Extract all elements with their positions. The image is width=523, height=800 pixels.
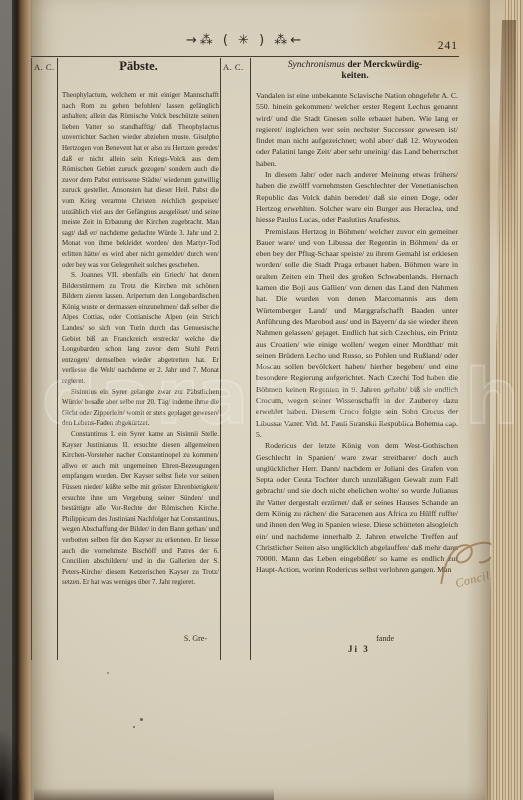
header-rule	[31, 56, 459, 57]
catchword-left: S. Gre-	[95, 634, 207, 643]
center-left-column-rule	[220, 58, 221, 660]
page-number: 241	[423, 40, 458, 52]
fox-spot	[107, 672, 109, 674]
paragraph: Vandalen ist eine unbekannte Sclavische …	[256, 90, 458, 169]
ac-left-column-rule	[57, 58, 58, 660]
left-text-column: Theophylactum, welchem er mit einiger Ma…	[62, 90, 219, 642]
catchword-right: fande	[290, 634, 394, 643]
ac-header-left: A. C.	[34, 62, 55, 72]
page-crease-shadow	[466, 0, 490, 800]
paragraph: 708Sisinnius ein Syrer gelangte zwar zur…	[62, 387, 219, 429]
paragraph: Theophylactum, welchem er mit einiger Ma…	[62, 90, 219, 270]
keiten-word: keiten.	[341, 71, 368, 81]
right-text-column: Vandalen ist eine unbekannte Sclavische …	[256, 90, 458, 646]
paragraph: 709In diesem Jahr/ oder nach anderer Mei…	[256, 169, 458, 225]
frame-left-rule	[31, 58, 32, 660]
synchronismus-word: Synchronismus	[288, 60, 345, 70]
bottom-shadow	[34, 788, 274, 800]
fox-spot	[133, 726, 135, 728]
ac-header-right: A. C.	[223, 62, 244, 72]
header-ornament: →⁂ ( ✳ ) ⁂←	[120, 33, 370, 48]
fox-spot	[140, 718, 143, 721]
paragraph: 711Rodericus der letzte König von dem We…	[256, 440, 458, 576]
paragraph: 705S. Joannes VII. ebenfalls ein Griech/…	[62, 270, 219, 387]
paragraph: 710Premislaus Hertzog in Böhmen/ welcher…	[256, 226, 458, 441]
synchronismus-column-title: Synchronismus der Merckwürdig- keiten.	[251, 60, 459, 82]
signature-mark: Ji 3	[348, 644, 370, 654]
paragraph: Constantinus I. ein Syrer kame an Sisinn…	[62, 429, 219, 588]
book-page-photo: →⁂ ( ✳ ) ⁂← 241 A. C. Päbste. A. C. Sync…	[0, 0, 523, 800]
center-right-column-rule	[250, 58, 251, 660]
papacy-column-title: Päbste.	[58, 59, 219, 74]
corner-shadow	[0, 730, 26, 800]
merckwuerdig-word: der Merckwürdig-	[347, 60, 422, 70]
